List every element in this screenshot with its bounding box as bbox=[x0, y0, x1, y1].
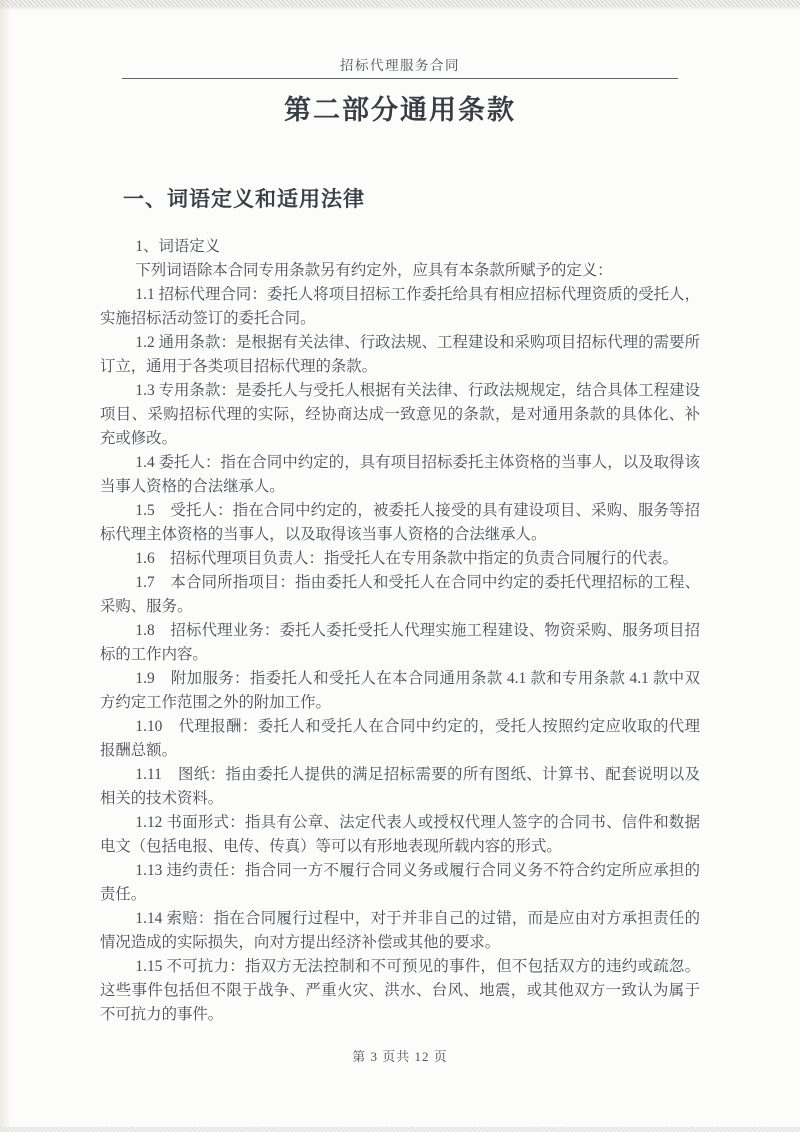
section-heading: 一、词语定义和适用法律 bbox=[123, 185, 800, 213]
clause-list: 1、词语定义 下列词语除本合同专用条款另有约定外，应具有本条款所赋予的定义： 1… bbox=[100, 235, 700, 1027]
clause-paragraph: 1、词语定义 bbox=[100, 235, 700, 259]
scan-edge-top bbox=[0, 0, 800, 7]
clause-paragraph: 1.15 不可抗力：指双方无法控制和不可预见的事件，但不包括双方的违约或疏忽。这… bbox=[100, 955, 700, 1027]
clause-paragraph: 1.9 附加服务：指委托人和受托人在本合同通用条款 4.1 款和专用条款 4.1… bbox=[100, 667, 700, 715]
clause-paragraph: 1.1 招标代理合同：委托人将项目招标工作委托给具有相应招标代理资质的受托人，实… bbox=[100, 283, 700, 331]
clause-paragraph: 1.8 招标代理业务：委托人委托受托人代理实施工程建设、物资采购、服务项目招标的… bbox=[100, 619, 700, 667]
clause-paragraph: 1.4 委托人：指在合同中约定的，具有项目招标委托主体资格的当事人，以及取得该当… bbox=[100, 451, 700, 499]
clause-paragraph: 1.10 代理报酬：委托人和受托人在合同中约定的，受托人按照约定应收取的代理报酬… bbox=[100, 715, 700, 763]
part-title: 第二部分通用条款 bbox=[0, 93, 800, 127]
clause-paragraph: 1.5 受托人：指在合同中约定的，被委托人接受的具有建设项目、采购、服务等招标代… bbox=[100, 499, 700, 547]
clause-paragraph: 下列词语除本合同专用条款另有约定外，应具有本条款所赋予的定义： bbox=[100, 259, 700, 283]
page-number: 第 3 页共 12 页 bbox=[0, 1046, 800, 1065]
clause-paragraph: 1.3 专用条款：是委托人与受托人根据有关法律、行政法规规定，结合具体工程建设项… bbox=[100, 379, 700, 451]
scan-edge-bottom bbox=[0, 1127, 800, 1132]
running-header: 招标代理服务合同 bbox=[0, 57, 800, 75]
scanned-contract-page: 招标代理服务合同 第二部分通用条款 一、词语定义和适用法律 1、词语定义 下列词… bbox=[0, 0, 800, 1132]
clause-paragraph: 1.7 本合同所指项目：指由委托人和受托人在合同中约定的委托代理招标的工程、采购… bbox=[100, 571, 700, 619]
clause-paragraph: 1.6 招标代理项目负责人：指受托人在专用条款中指定的负责合同履行的代表。 bbox=[100, 547, 700, 571]
header-rule bbox=[122, 78, 678, 79]
clause-paragraph: 1.2 通用条款：是根据有关法律、行政法规、工程建设和采购项目招标代理的需要所订… bbox=[100, 331, 700, 379]
clause-paragraph: 1.12 书面形式：指具有公章、法定代表人或授权代理人签字的合同书、信件和数据电… bbox=[100, 811, 700, 859]
clause-paragraph: 1.14 索赔：指在合同履行过程中，对于并非自己的过错，而是应由对方承担责任的情… bbox=[100, 907, 700, 955]
scan-edge-top-shadow bbox=[0, 7, 800, 10]
clause-paragraph: 1.11 图纸：指由委托人提供的满足招标需要的所有图纸、计算书、配套说明以及相关… bbox=[100, 763, 700, 811]
scan-edge-left bbox=[0, 0, 11, 1132]
clause-paragraph: 1.13 违约责任：指合同一方不履行合同义务或履行合同义务不符合约定所应承担的责… bbox=[100, 859, 700, 907]
